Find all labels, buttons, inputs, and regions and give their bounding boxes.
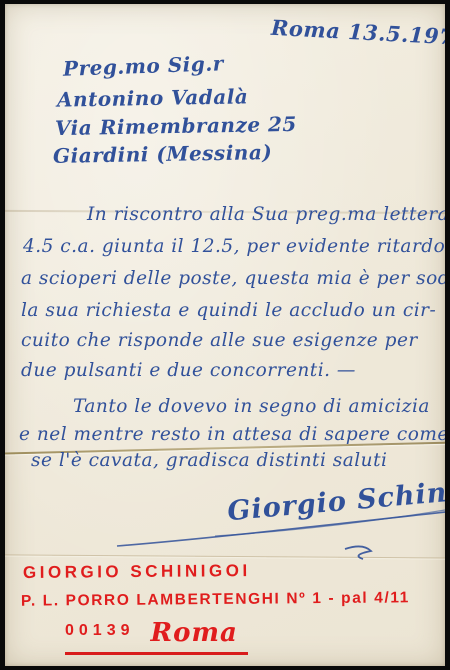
body-line: due pulsanti e due concorrenti. —: [21, 360, 356, 381]
recipient-city: Giardini (Messina): [53, 140, 273, 168]
sender-name: GIORGIO SCHINIGOI: [23, 561, 251, 583]
letter-paper: Roma 13.5.1970 Preg.mo Sig.r Antonino Va…: [5, 4, 445, 666]
body-line: In riscontro alla Sua preg.ma lettera, d…: [87, 204, 445, 225]
recipient-name: Antonino Vadalà: [57, 84, 249, 111]
fold-crease-bottom: [5, 554, 445, 558]
sender-address: P. L. PORRO LAMBERTENGHI Nº 1 - pal 4/11: [21, 589, 410, 610]
signature-text: Giorgio Schinigoi: [226, 472, 445, 527]
body-line: la sua richiesta e quindi le accludo un …: [21, 300, 436, 321]
body-line: cuito che risponde alle sue esigenze per: [21, 330, 418, 351]
sender-city-line: 00139Roma: [65, 618, 248, 655]
letter-date: Roma 13.5.1970: [270, 15, 445, 50]
recipient-salutation: Preg.mo Sig.r: [63, 51, 224, 81]
sender-zip: 00139: [65, 622, 135, 639]
recipient-street: Via Rimembranze 25: [55, 112, 297, 140]
body-line: 4.5 c.a. giunta il 12.5, per evidente ri…: [23, 236, 445, 257]
body-line: a scioperi delle poste, questa mia è per…: [21, 268, 445, 289]
body-line: e nel mentre resto in attesa di sapere c…: [19, 424, 445, 445]
body-line: Tanto le dovevo in segno di amicizia: [73, 396, 430, 417]
body-line: se l'è cavata, gradisca distinti saluti: [31, 450, 387, 471]
sender-city: Roma: [151, 618, 238, 648]
